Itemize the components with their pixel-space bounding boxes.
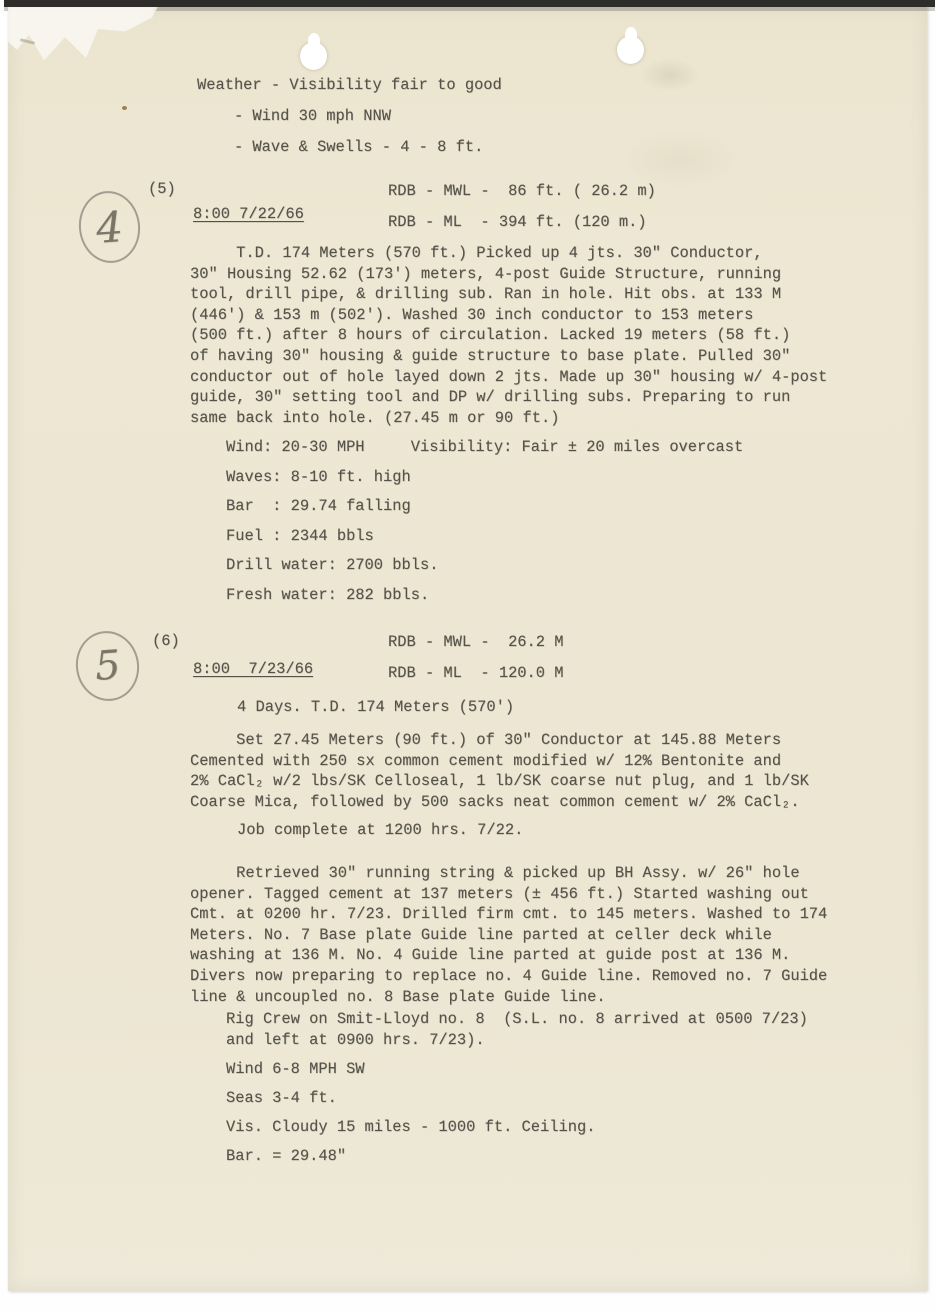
punch-hole-left <box>300 42 327 70</box>
paper-smudge <box>640 58 700 92</box>
entry-6-visibility-line: Vis. Cloudy 15 miles - 1000 ft. Ceiling. <box>226 1118 595 1136</box>
weather-summary: Weather - Visibility fair to good - Wind… <box>197 70 502 163</box>
paper-speck <box>122 106 127 110</box>
scan-top-edge <box>4 0 935 7</box>
entry-6-rdb-elevations: RDB - MWL - 26.2 M RDB - ML - 120.0 M <box>388 627 563 689</box>
scanned-report-page: Weather - Visibility fair to good - Wind… <box>0 0 935 1312</box>
entry-5-label: (5) <box>148 180 176 198</box>
entry-6-seas-line: Seas 3-4 ft. <box>226 1089 337 1107</box>
entry-6-days-line: 4 Days. T.D. 174 Meters (570') <box>237 698 514 716</box>
entry-6-cement-paragraph: Set 27.45 Meters (90 ft.) of 30" Conduct… <box>190 730 809 812</box>
entry-6-datetime: 8:00 7/23/66 <box>193 660 313 678</box>
entry-6-operations-paragraph: Retrieved 30" running string & picked up… <box>190 863 827 1007</box>
punch-hole-right <box>617 36 644 64</box>
entry-6-label: (6) <box>152 632 180 650</box>
entry-5-narrative: T.D. 174 Meters (570 ft.) Picked up 4 jt… <box>190 243 827 428</box>
entry-5-datetime: 8:00 7/22/66 <box>193 205 304 223</box>
entry-5-weather-stats: Wind: 20-30 MPH Visibility: Fair ± 20 mi… <box>226 433 743 610</box>
entry-6-job-line: Job complete at 1200 hrs. 7/22. <box>237 821 523 839</box>
entry-5-rdb-elevations: RDB - MWL - 86 ft. ( 26.2 m) RDB - ML - … <box>388 176 656 238</box>
pencil-number: 4 <box>94 202 124 253</box>
entry-6-barometer-line: Bar. = 29.48" <box>226 1147 346 1165</box>
entry-6-wind-line: Wind 6-8 MPH SW <box>226 1060 365 1078</box>
pencil-number: 5 <box>93 642 122 690</box>
entry-6-rig-crew: Rig Crew on Smit-Lloyd no. 8 (S.L. no. 8… <box>226 1009 808 1050</box>
